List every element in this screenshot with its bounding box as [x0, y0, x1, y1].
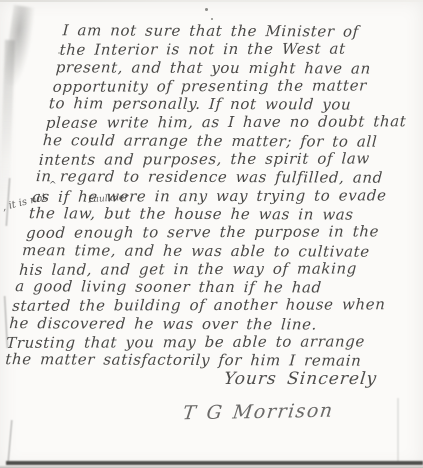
letter-line: he could arrange the matter; for to all [42, 131, 417, 151]
ink-speck [211, 18, 213, 20]
letter-line: the matter satisfactorily for him I rema… [5, 350, 406, 370]
caret-insertion-mark: ^ [49, 181, 57, 191]
letter-line: the law, but the house he was in was [29, 204, 414, 224]
letter-line: please write him, as I have no doubt tha… [45, 113, 418, 133]
letter-line: started the building of another house wh… [12, 296, 409, 316]
letter-line: good enough to serve the purpose in the [25, 222, 412, 242]
letter-line: opportunity of presenting the matter [52, 76, 420, 96]
letter-line: a good living sooner than if he had [15, 277, 410, 297]
paper-crease [7, 420, 13, 462]
letter-closing: Yours Sincerely [223, 369, 378, 389]
paper-crease [397, 398, 399, 462]
letter-line: present, and that you might have an [55, 58, 421, 78]
letter-line: he discovered he was over the line. [8, 314, 407, 334]
scanned-letter-page: I am not sure that the Minister ofthe In… [0, 0, 423, 468]
letter-line: Trusting that you may be able to arrange [6, 332, 407, 352]
letter-line: the Interior is not in the West at [59, 40, 422, 60]
signature: T G Morrison [181, 400, 335, 425]
scan-top-edge [0, 0, 423, 2]
ink-speck [205, 8, 208, 11]
letter-line: mean time, and he was able to cultivate [22, 241, 412, 261]
letter-line: in regard to residence was fulfilled, an… [35, 168, 415, 188]
letter-line: his land, and get in the way of making [18, 259, 410, 279]
letter-body: I am not sure that the Minister ofthe In… [5, 22, 423, 370]
letter-line: to him personally. If not would you [49, 94, 420, 114]
letter-line: I am not sure that the Minister of [62, 21, 423, 41]
letter-line: intents and purposes, the spirit of law [39, 149, 417, 169]
